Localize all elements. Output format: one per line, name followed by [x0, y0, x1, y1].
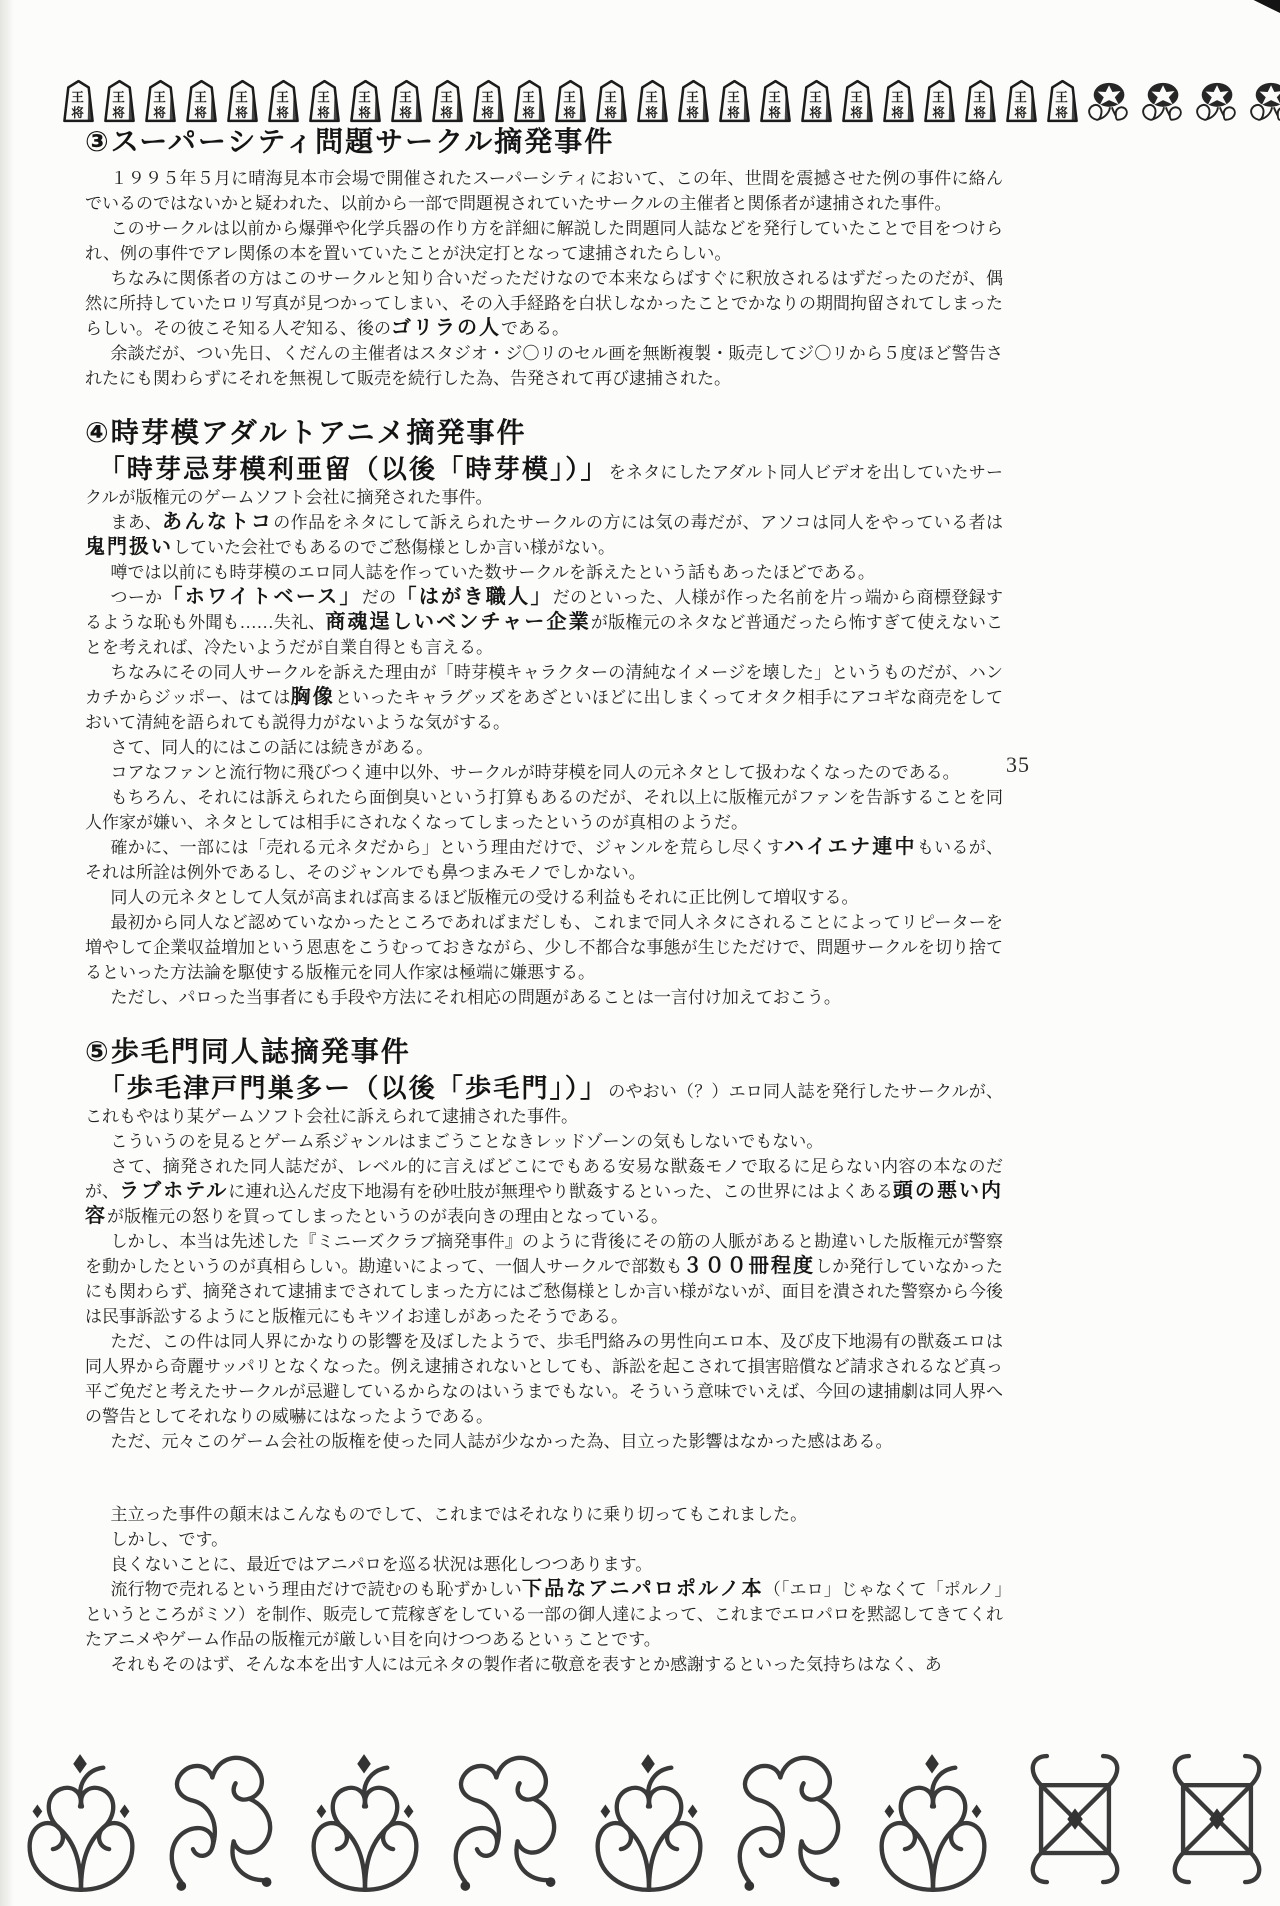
- knot-flourish-icon: [1012, 1744, 1138, 1900]
- svg-text:将: 将: [358, 105, 371, 120]
- shogi-piece-icon: 王将: [308, 79, 341, 124]
- svg-text:王: 王: [686, 91, 699, 105]
- shogi-piece-icon-wrap: 王将: [226, 79, 259, 124]
- shogi-piece-icon-wrap: 王将: [185, 79, 218, 124]
- svg-text:将: 将: [71, 105, 84, 120]
- bold-phrase: ３００冊程度: [682, 1255, 815, 1277]
- bold-phrase: 「ホワイトベース」: [162, 586, 361, 608]
- bold-phrase: 「はがき職人」: [397, 586, 553, 608]
- shogi-piece-icon-wrap: 王将: [472, 79, 505, 124]
- text-run: もちろん、それには訴えられたら面倒臭いという打算もあるのだが、それ以上に版権元が…: [85, 788, 1003, 832]
- paragraph: 「時芽忌芽模利亜留（以後「時芽模」）」をネタにしたアダルト同人ビデオを出していた…: [85, 457, 1003, 510]
- text-run: ただ、元々このゲーム会社の版権を使った同人誌が少なかった為、目立った影響はなかっ…: [111, 1432, 893, 1451]
- scanned-page: { "page": { "number": "35", "paper_color…: [0, 0, 1280, 1906]
- scan-artifact-mark: [1250, 0, 1280, 13]
- svg-text:将: 将: [317, 105, 330, 120]
- svg-text:王: 王: [112, 91, 125, 105]
- text-run: 余談だが、つい先日、くだんの主催者はスタジオ・ジ〇リのセル画を無断複製・販売して…: [85, 344, 1003, 388]
- svg-text:王: 王: [973, 91, 986, 105]
- paragraph: 余談だが、つい先日、くだんの主催者はスタジオ・ジ〇リのセル画を無断複製・販売して…: [85, 341, 1003, 391]
- svg-text:王: 王: [194, 91, 207, 105]
- page-number: 35: [1006, 752, 1030, 778]
- shogi-piece-icon-wrap: 王将: [349, 79, 382, 124]
- text-run: 同人の元ネタとして人気が高まれば高まるほど版権元の受ける利益もそれに正比例して増…: [111, 888, 859, 907]
- paragraph: こういうのを見るとゲーム系ジャンルはまごうことなきレッドゾーンの気もしないでもな…: [85, 1129, 1003, 1154]
- shogi-piece-icon-wrap: 王将: [103, 79, 136, 124]
- svg-text:王: 王: [276, 91, 289, 105]
- closing-block: 主立った事件の顛末はこんなものでして、これまではそれなりに乗り切ってもこれました…: [85, 1502, 1003, 1677]
- paragraph: １９９５年５月に晴海見本市会場で開催されたスーパーシティにおいて、この年、世間を…: [85, 166, 1003, 216]
- text-run: こういうのを見るとゲーム系ジャンルはまごうことなきレッドゾーンの気もしないでもな…: [111, 1132, 824, 1151]
- paragraph: ちなみに関係者の方はこのサークルと知り合いだっただけなので本来ならばすぐに釈放さ…: [85, 266, 1003, 341]
- text-run: １９９５年５月に晴海見本市会場で開催されたスーパーシティにおいて、この年、世間を…: [85, 169, 1003, 213]
- shogi-piece-icon: 王将: [431, 79, 464, 124]
- shogi-piece-icon: 王将: [882, 79, 915, 124]
- svg-text:将: 将: [768, 105, 781, 120]
- svg-text:将: 将: [276, 105, 289, 120]
- shogi-piece-icon-wrap: 王将: [62, 79, 95, 124]
- text-run: このサークルは以前から爆弾や化学兵器の作り方を詳細に解説した問題同人誌などを発行…: [85, 219, 1003, 263]
- section-heading: ⑤歩毛門同人誌摘発事件: [85, 1034, 1003, 1070]
- bold-phrase: ラブホテル: [119, 1180, 228, 1202]
- paragraph: それもそのはず、そんな本を出す人には元ネタの製作者に敬意を表すとか感謝するといっ…: [85, 1652, 1003, 1677]
- shogi-piece-icon-wrap: 王将: [513, 79, 546, 124]
- shogi-piece-icon: 王将: [226, 79, 259, 124]
- svg-text:王: 王: [399, 91, 412, 105]
- shogi-piece-icon-wrap: 王将: [308, 79, 341, 124]
- big-title-phrase: 「時芽忌芽模利亜留（以後「時芽模」）」: [99, 454, 609, 484]
- shogi-piece-icon-wrap: 王将: [841, 79, 874, 124]
- paragraph: コアなファンと流行物に飛びつく連中以外、サークルが時芽模を同人の元ネタとして扱わ…: [85, 760, 1003, 785]
- svg-text:王: 王: [1014, 91, 1027, 105]
- text-run: それもそのはず、そんな本を出す人には元ネタの製作者に敬意を表すとか感謝するといっ…: [111, 1655, 942, 1674]
- bold-phrase: ゴリラの人: [391, 317, 501, 339]
- shogi-piece-icon: 王将: [1046, 79, 1079, 124]
- shogi-piece-icon-wrap: 王将: [964, 79, 997, 124]
- shogi-piece-icon-wrap: 王将: [800, 79, 833, 124]
- svg-text:王: 王: [235, 91, 248, 105]
- paragraph: 同人の元ネタとして人気が高まれば高まるほど版権元の受ける利益もそれに正比例して増…: [85, 885, 1003, 910]
- shogi-piece-icon-wrap: 王将: [718, 79, 751, 124]
- shogi-piece-icon: 王将: [636, 79, 669, 124]
- paragraph: 主立った事件の顛末はこんなものでして、これまではそれなりに乗り切ってもこれました…: [85, 1502, 1003, 1527]
- shogi-piece-icon: 王将: [472, 79, 505, 124]
- spiral-flourish-icon: [444, 1744, 570, 1900]
- ornament-cell: [1154, 1744, 1280, 1900]
- paragraph: 確かに、一部には「売れる元ネタだから」という理由だけで、ジャンルを荒らし尽くすハ…: [85, 835, 1003, 885]
- shogi-piece-icon: 王将: [185, 79, 218, 124]
- ornament-cell: [1012, 1744, 1138, 1900]
- shogi-piece-icon: 王将: [349, 79, 382, 124]
- shogi-piece-icon-wrap: 王将: [267, 79, 300, 124]
- svg-text:将: 将: [194, 105, 207, 120]
- bold-phrase: 下品なアニパロポルノ本: [522, 1578, 764, 1600]
- article-text: ③スーパーシティ問題サークル摘発事件１９９５年５月に晴海見本市会場で開催されたス…: [85, 124, 1003, 1677]
- incident-section-4: ④時芽模アダルトアニメ摘発事件「時芽忌芽模利亜留（以後「時芽模」）」をネタにした…: [85, 415, 1003, 1010]
- svg-text:王: 王: [768, 91, 781, 105]
- text-run: つーか: [111, 588, 163, 607]
- svg-text:将: 将: [604, 105, 617, 120]
- svg-text:将: 将: [1055, 105, 1068, 120]
- svg-text:王: 王: [153, 91, 166, 105]
- svg-text:王: 王: [604, 91, 617, 105]
- spiral-flourish-icon: [728, 1744, 854, 1900]
- paragraph: 流行物で売れるという理由だけで読むのも恥ずかしい下品なアニパロポルノ本（「エロ」…: [85, 1577, 1003, 1652]
- shogi-piece-icon: 王将: [103, 79, 136, 124]
- morning-glory-icon: [1087, 81, 1133, 124]
- paragraph: まあ、あんなトコの作品をネタにして訴えられたサークルの方には気の毒だが、アソコは…: [85, 510, 1003, 560]
- paragraph: 噂では以前にも時芽模のエロ同人誌を作っていた数サークルを訴えたという話もあったほ…: [85, 560, 1003, 585]
- ornament-cell: [586, 1744, 712, 1900]
- knot-flourish-icon: [1154, 1744, 1280, 1900]
- incident-section-5: ⑤歩毛門同人誌摘発事件「歩毛津戸門巣多ー（以後「歩毛門」）」のやおい（？）エロ同…: [85, 1034, 1003, 1454]
- shogi-piece-icon: 王将: [390, 79, 423, 124]
- morning-glory-icon-wrap: [1249, 81, 1280, 124]
- paragraph: ただ、この件は同人界にかなりの影響を及ぼしたようで、歩毛門絡みの男性向エロ本、及…: [85, 1329, 1003, 1429]
- paragraph: 「歩毛津戸門巣多ー（以後「歩毛門」）」のやおい（？）エロ同人誌を発行したサークル…: [85, 1076, 1003, 1129]
- top-border: 王将王将王将王将王将王将王将王将王将王将王将王将王将王将王将王将王将王将王将王将…: [62, 60, 1280, 124]
- svg-text:将: 将: [850, 105, 863, 120]
- floral-flourish-icon: [586, 1744, 712, 1900]
- section-heading: ④時芽模アダルトアニメ摘発事件: [85, 415, 1003, 451]
- svg-text:王: 王: [809, 91, 822, 105]
- svg-text:将: 将: [440, 105, 453, 120]
- bold-phrase: 鬼門扱い: [85, 536, 173, 558]
- bold-phrase: 商魂逞しいベンチャー企業: [325, 611, 591, 633]
- text-run: 流行物で売れるという理由だけで読むのも恥ずかしい: [111, 1580, 522, 1599]
- text-run: の作品をネタにして訴えられたサークルの方には気の毒だが、アソコは同人をやっている…: [273, 513, 1003, 532]
- shogi-piece-icon-wrap: 王将: [554, 79, 587, 124]
- paragraph: ただ、元々このゲーム会社の版権を使った同人誌が少なかった為、目立った影響はなかっ…: [85, 1429, 1003, 1454]
- paragraph: 最初から同人など認めていなかったところであればまだしも、これまで同人ネタにされる…: [85, 910, 1003, 985]
- shogi-piece-icon-wrap: 王将: [923, 79, 956, 124]
- svg-text:将: 将: [1014, 105, 1027, 120]
- text-run: である。: [501, 319, 569, 338]
- ornament-cell: [160, 1744, 286, 1900]
- svg-text:将: 将: [399, 105, 412, 120]
- floral-flourish-icon: [302, 1744, 428, 1900]
- svg-text:王: 王: [563, 91, 576, 105]
- shogi-piece-icon-wrap: 王将: [390, 79, 423, 124]
- paragraph: つーか「ホワイトベース」だの「はがき職人」だのといった、人様が作った名前を片っ端…: [85, 585, 1003, 660]
- text-run: 最初から同人など認めていなかったところであればまだしも、これまで同人ネタにされる…: [85, 913, 1003, 982]
- morning-glory-icon: [1195, 81, 1241, 124]
- svg-text:将: 将: [973, 105, 986, 120]
- shogi-piece-icon: 王将: [964, 79, 997, 124]
- shogi-piece-icon: 王将: [595, 79, 628, 124]
- svg-text:王: 王: [440, 91, 453, 105]
- bottom-ornaments: [18, 1734, 1280, 1900]
- shogi-piece-icon: 王将: [554, 79, 587, 124]
- text-run: だの: [362, 588, 397, 607]
- shogi-piece-icon: 王将: [759, 79, 792, 124]
- ornament-cell: [444, 1744, 570, 1900]
- shogi-piece-icon-wrap: 王将: [1046, 79, 1079, 124]
- ornament-cell: [870, 1744, 996, 1900]
- ornament-cell: [728, 1744, 854, 1900]
- morning-glory-icon: [1249, 81, 1280, 124]
- text-run: に連れ込んだ皮下地湯有を砂吐肢が無理やり獣姦するといった、この世界にはよくある: [228, 1182, 893, 1201]
- text-run: が版権元の怒りを買ってしまったというのが表向きの理由となっている。: [107, 1207, 668, 1226]
- text-run: 主立った事件の顛末はこんなものでして、これまではそれなりに乗り切ってもこれました…: [111, 1505, 808, 1524]
- ornament-cell: [302, 1744, 428, 1900]
- paragraph: 良くないことに、最近ではアニパロを巡る状況は悪化しつつあります。: [85, 1552, 1003, 1577]
- bold-phrase: あんなトコ: [162, 511, 273, 533]
- section-heading: ③スーパーシティ問題サークル摘発事件: [85, 124, 1003, 160]
- text-run: ただし、パロった当事者にも手段や方法にそれ相応の問題があることは一言付け加えてお…: [111, 988, 841, 1007]
- shogi-piece-icon-wrap: 王将: [595, 79, 628, 124]
- ornament-cell: [18, 1744, 144, 1900]
- svg-text:王: 王: [850, 91, 863, 105]
- paragraph: このサークルは以前から爆弾や化学兵器の作り方を詳細に解説した問題同人誌などを発行…: [85, 216, 1003, 266]
- text-run: しかし、です。: [111, 1530, 229, 1549]
- shogi-piece-icon: 王将: [677, 79, 710, 124]
- incident-section-3: ③スーパーシティ問題サークル摘発事件１９９５年５月に晴海見本市会場で開催されたス…: [85, 124, 1003, 391]
- svg-text:将: 将: [891, 105, 904, 120]
- svg-text:将: 将: [153, 105, 166, 120]
- svg-text:将: 将: [645, 105, 658, 120]
- svg-text:王: 王: [317, 91, 330, 105]
- paragraph: さて、同人的にはこの話には続きがある。: [85, 735, 1003, 760]
- shogi-piece-icon-wrap: 王将: [677, 79, 710, 124]
- text-run: 良くないことに、最近ではアニパロを巡る状況は悪化しつつあります。: [111, 1555, 653, 1574]
- text-run: まあ、: [111, 513, 163, 532]
- text-run: コアなファンと流行物に飛びつく連中以外、サークルが時芽模を同人の元ネタとして扱わ…: [111, 763, 960, 782]
- shogi-piece-icon: 王将: [841, 79, 874, 124]
- sections-container: ③スーパーシティ問題サークル摘発事件１９９５年５月に晴海見本市会場で開催されたス…: [85, 124, 1003, 1454]
- shogi-piece-icon: 王将: [718, 79, 751, 124]
- spiral-flourish-icon: [160, 1744, 286, 1900]
- svg-text:将: 将: [112, 105, 125, 120]
- text-run: していた会社でもあるのでご愁傷様としか言い様がない。: [173, 538, 615, 557]
- shogi-piece-icon-wrap: 王将: [144, 79, 177, 124]
- scan-edge-shadow: [0, 0, 14, 1906]
- text-run: 確かに、一部には「売れる元ネタだから」という理由だけで、ジャンルを荒らし尽くす: [111, 838, 784, 857]
- floral-flourish-icon: [870, 1744, 996, 1900]
- shogi-piece-icon: 王将: [923, 79, 956, 124]
- paragraph: もちろん、それには訴えられたら面倒臭いという打算もあるのだが、それ以上に版権元が…: [85, 785, 1003, 835]
- shogi-piece-icon-wrap: 王将: [882, 79, 915, 124]
- shogi-piece-icon: 王将: [800, 79, 833, 124]
- svg-text:王: 王: [1055, 91, 1068, 105]
- bold-phrase: ハイエナ連中: [784, 836, 917, 858]
- shogi-piece-icon: 王将: [513, 79, 546, 124]
- svg-text:王: 王: [891, 91, 904, 105]
- svg-text:王: 王: [481, 91, 494, 105]
- shogi-piece-icon-wrap: 王将: [431, 79, 464, 124]
- svg-text:王: 王: [645, 91, 658, 105]
- shogi-piece-icon: 王将: [1005, 79, 1038, 124]
- paragraph: さて、摘発された同人誌だが、レベル的に言えばどこにでもある安易な獣姦モノで取るに…: [85, 1154, 1003, 1229]
- text-run: さて、同人的にはこの話には続きがある。: [111, 738, 434, 757]
- shogi-piece-icon-wrap: 王将: [759, 79, 792, 124]
- paragraph: ただし、パロった当事者にも手段や方法にそれ相応の問題があることは一言付け加えてお…: [85, 985, 1003, 1010]
- morning-glory-icon-wrap: [1087, 81, 1133, 124]
- svg-text:将: 将: [809, 105, 822, 120]
- text-run: 噂では以前にも時芽模のエロ同人誌を作っていた数サークルを訴えたという話もあったほ…: [111, 563, 875, 582]
- shogi-piece-icon: 王将: [62, 79, 95, 124]
- shogi-piece-icon-wrap: 王将: [1005, 79, 1038, 124]
- morning-glory-icon-wrap: [1141, 81, 1187, 124]
- svg-text:将: 将: [522, 105, 535, 120]
- big-title-phrase: 「歩毛津戸門巣多ー（以後「歩毛門」）」: [99, 1073, 609, 1103]
- shogi-piece-icon-wrap: 王将: [636, 79, 669, 124]
- svg-text:王: 王: [727, 91, 740, 105]
- svg-text:将: 将: [932, 105, 945, 120]
- shogi-piece-icon: 王将: [267, 79, 300, 124]
- svg-text:将: 将: [563, 105, 576, 120]
- svg-text:王: 王: [522, 91, 535, 105]
- shogi-piece-icon: 王将: [144, 79, 177, 124]
- svg-text:将: 将: [481, 105, 494, 120]
- paragraph: ちなみにその同人サークルを訴えた理由が「時芽模キャラクターの清純なイメージを壊し…: [85, 660, 1003, 735]
- paragraph: しかし、本当は先述した『ミニーズクラブ摘発事件』のように背後にその筋の人脈がある…: [85, 1229, 1003, 1329]
- svg-text:将: 将: [727, 105, 740, 120]
- paragraph: しかし、です。: [85, 1527, 1003, 1552]
- svg-text:将: 将: [235, 105, 248, 120]
- svg-text:王: 王: [71, 91, 84, 105]
- morning-glory-icon-wrap: [1195, 81, 1241, 124]
- bold-phrase: 胸像: [291, 686, 335, 708]
- svg-text:王: 王: [932, 91, 945, 105]
- text-run: ただ、この件は同人界にかなりの影響を及ぼしたようで、歩毛門絡みの男性向エロ本、及…: [85, 1332, 1003, 1426]
- svg-text:将: 将: [686, 105, 699, 120]
- floral-flourish-icon: [18, 1744, 144, 1900]
- morning-glory-icon: [1141, 81, 1187, 124]
- svg-text:王: 王: [358, 91, 371, 105]
